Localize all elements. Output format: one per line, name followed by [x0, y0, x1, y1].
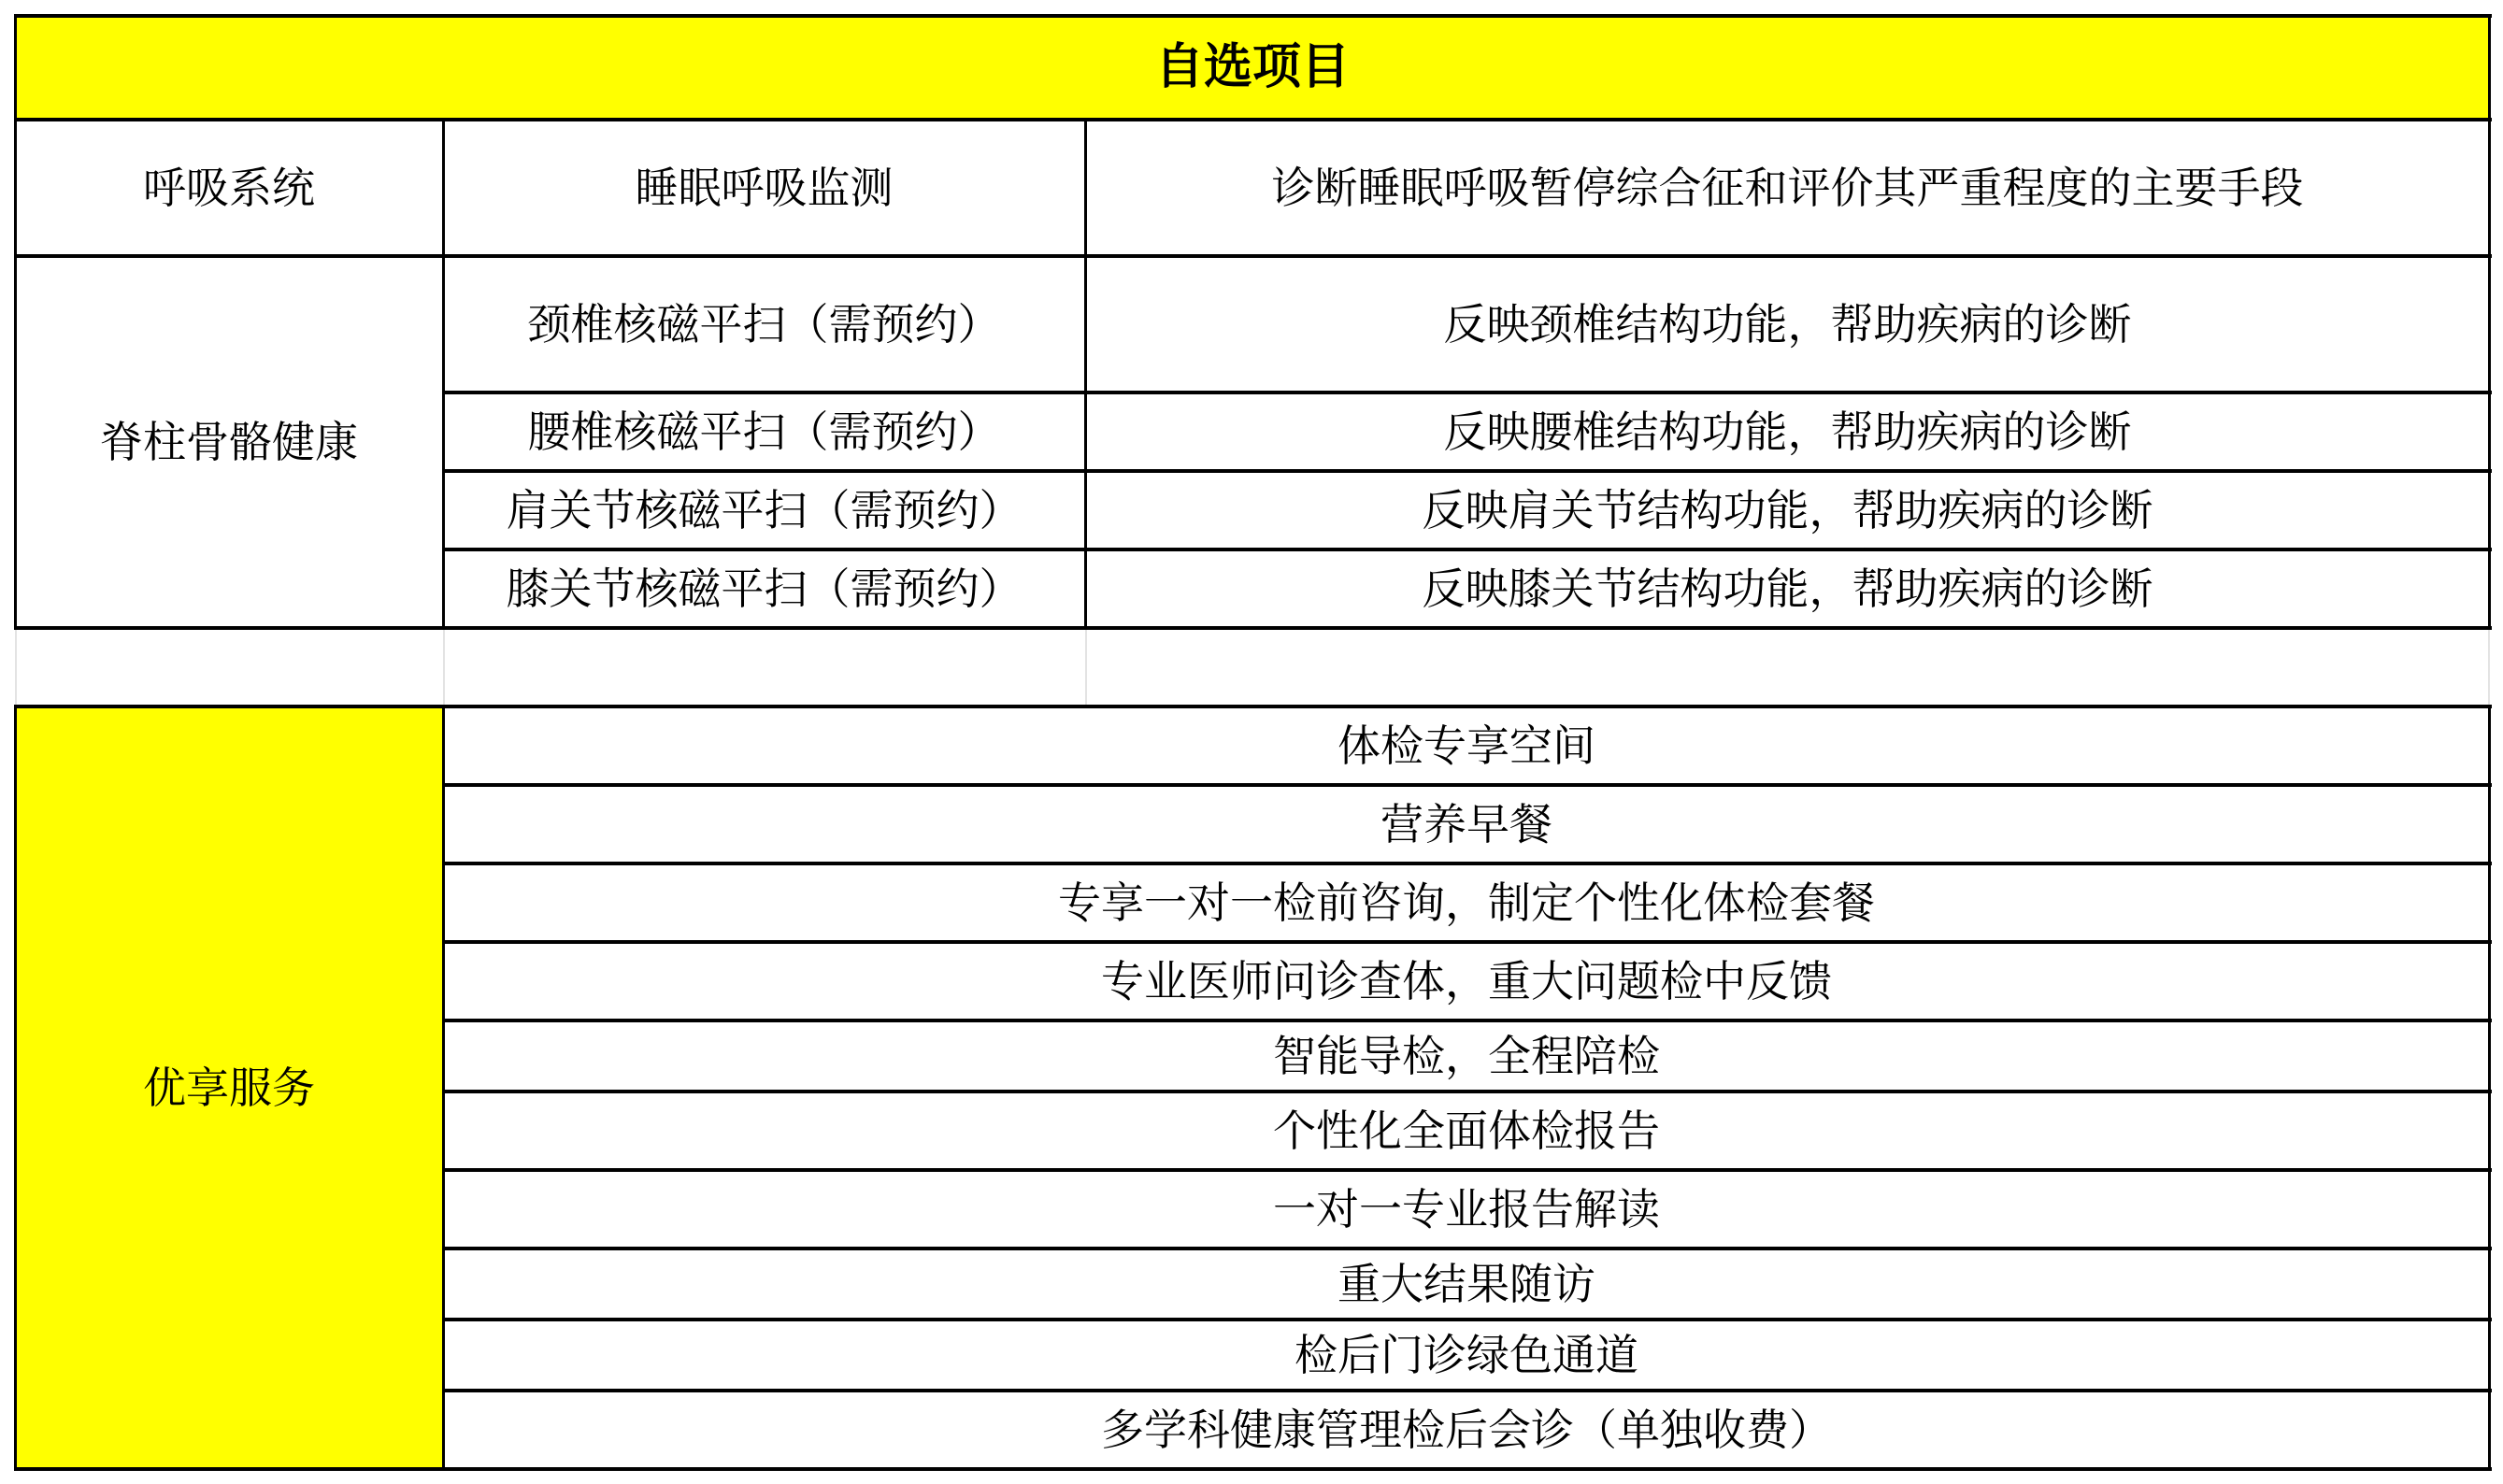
- service-item: 一对一专业报告解读: [443, 1170, 2490, 1249]
- gridline: [1085, 628, 1087, 706]
- description-shoulder-mri: 反映肩关节结构功能，帮助疾病的诊断: [1085, 471, 2490, 549]
- description-cervical-mri: 反映颈椎结构功能，帮助疾病的诊断: [1085, 256, 2490, 392]
- border-line: [443, 1090, 2492, 1093]
- item-cervical-mri: 颈椎核磁平扫（需预约）: [443, 256, 1085, 392]
- description-lumbar-mri: 反映腰椎结构功能，帮助疾病的诊断: [1085, 392, 2490, 471]
- border-line: [443, 391, 2492, 394]
- item-sleep-monitoring: 睡眠呼吸监测: [443, 120, 1085, 256]
- gridline: [443, 628, 445, 706]
- service-item: 体检专享空间: [443, 706, 2490, 785]
- border-line: [14, 1467, 2492, 1471]
- item-knee-mri: 膝关节核磁平扫（需预约）: [443, 549, 1085, 628]
- border-line: [443, 1019, 2492, 1022]
- category-premium-services: 优享服务: [15, 706, 443, 1469]
- service-item: 营养早餐: [443, 785, 2490, 863]
- border-line: [443, 1389, 2492, 1392]
- border-line: [14, 705, 17, 1471]
- service-item: 专享一对一检前咨询，制定个性化体检套餐: [443, 863, 2490, 942]
- border-line: [14, 705, 2492, 708]
- border-line: [443, 783, 2492, 787]
- border-line: [443, 469, 2492, 473]
- border-line: [443, 940, 2492, 944]
- border-line: [14, 626, 2492, 630]
- item-lumbar-mri: 腰椎核磁平扫（需预约）: [443, 392, 1085, 471]
- border-line: [442, 705, 445, 1471]
- border-line: [2488, 705, 2491, 1471]
- border-line: [443, 1168, 2492, 1172]
- border-line: [443, 862, 2492, 865]
- description-knee-mri: 反映膝关节结构功能，帮助疾病的诊断: [1085, 549, 2490, 628]
- service-item: 个性化全面体检报告: [443, 1092, 2490, 1170]
- border-line: [14, 14, 2492, 18]
- border-line: [14, 118, 2492, 121]
- optional-items-title: 自选项目: [15, 15, 2490, 120]
- border-line: [14, 254, 2492, 258]
- service-item: 专业医师问诊查体，重大问题检中反馈: [443, 942, 2490, 1020]
- category-respiratory: 呼吸系统: [15, 120, 443, 256]
- description-sleep-monitoring: 诊断睡眠呼吸暂停综合征和评价其严重程度的主要手段: [1085, 120, 2490, 256]
- service-item: 检后门诊绿色通道: [443, 1320, 2490, 1391]
- category-spine-bone: 脊柱骨骼健康: [15, 256, 443, 628]
- service-item: 智能导检，全程陪检: [443, 1020, 2490, 1092]
- border-line: [1084, 120, 1087, 630]
- gridline: [15, 628, 17, 706]
- service-item: 重大结果随访: [443, 1249, 2490, 1320]
- gridline: [2488, 628, 2490, 706]
- service-item: 多学科健康管理检后会诊（单独收费）: [443, 1391, 2490, 1469]
- item-shoulder-mri: 肩关节核磁平扫（需预约）: [443, 471, 1085, 549]
- border-line: [14, 14, 17, 630]
- border-line: [442, 120, 445, 630]
- border-line: [443, 548, 2492, 551]
- border-line: [2488, 14, 2491, 630]
- border-line: [443, 1318, 2492, 1321]
- border-line: [443, 1247, 2492, 1250]
